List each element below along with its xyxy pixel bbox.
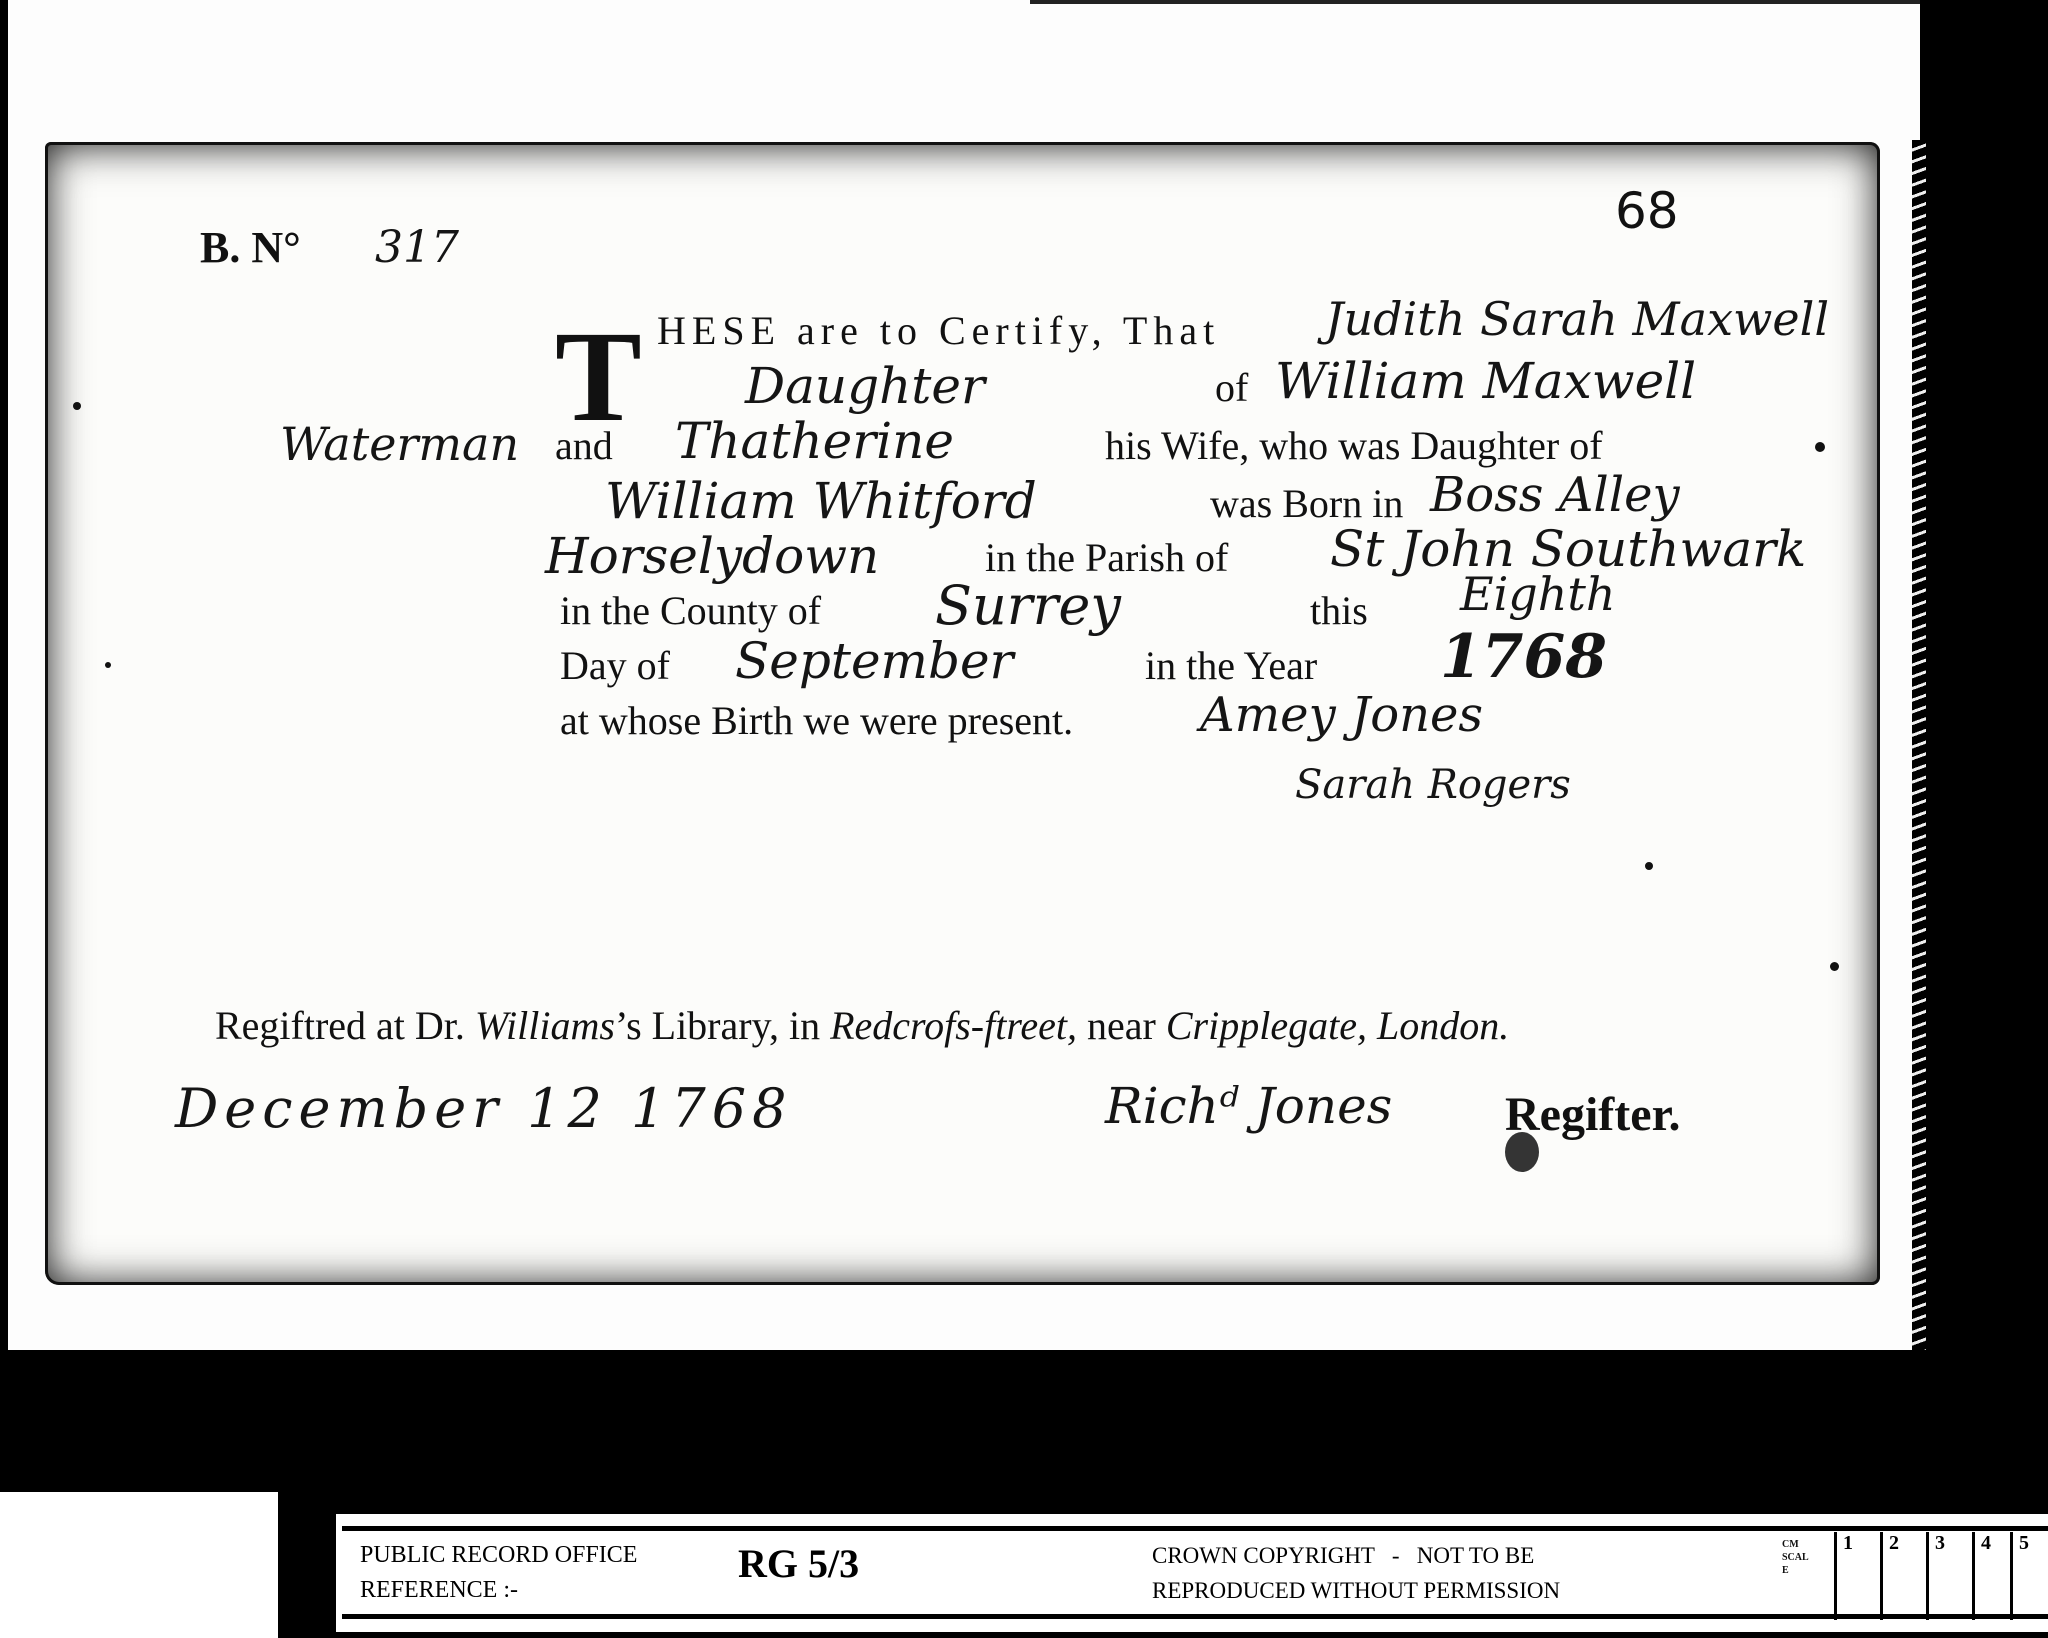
copyright-notice: CROWN COPYRIGHT - NOT TO BE REPRODUCED W… [1152,1538,1560,1608]
series-label: B. N° [200,222,301,273]
top-rule [342,1526,2048,1531]
reference-code: RG 5/3 [738,1540,859,1587]
reference-strip: PUBLIC RECORD OFFICE REFERENCE :- RG 5/3… [336,1514,2048,1632]
scale-mark-2: 2 [1880,1532,1927,1620]
birth-day: Eighth [1460,567,1615,621]
mother-name: Thatherine [675,412,954,470]
ink-speck [105,662,111,668]
scale-mark-3: 3 [1926,1532,1973,1620]
volume-binding-edge [1912,140,1926,1350]
folio-number: 68 [1615,182,1679,240]
registration-prefix: Regiftred at Dr. [215,1003,465,1048]
office-line-2: REFERENCE :- [360,1573,637,1608]
line3-print-and: and [555,422,613,469]
area-name: Cripplegate, [1166,1003,1367,1048]
scale-mark-4: 4 [1972,1532,2011,1620]
father-occupation: Waterman [280,417,519,471]
library-name: Williams [475,1003,615,1048]
line2-print: of [1215,364,1248,411]
line6-print: in the County of [560,587,821,634]
ink-speck [1830,962,1839,971]
birth-month: September [735,632,1013,690]
ink-speck [73,402,81,410]
office-line-1: PUBLIC RECORD OFFICE [360,1538,637,1573]
bottom-rule [342,1614,2048,1619]
child-name: Judith Sarah Maxwell [1325,292,1829,346]
line7-print: Day of [560,642,670,689]
registered-date: December 12 1768 [175,1077,792,1140]
line7-print-year: in the Year [1145,642,1317,689]
blank-label-area [0,1492,278,1638]
birth-year: 1768 [1440,622,1607,692]
birth-place: Boss Alley [1430,467,1680,523]
father-name: William Maxwell [1275,352,1696,410]
maternal-grandfather: William Whitford [605,472,1037,530]
registrar-signature: Richᵈ Jones [1105,1077,1392,1135]
scale-mark-5: 5 [2010,1532,2048,1620]
scale-mark-1: 1 [1834,1532,1881,1620]
line1-print: HESE are to Certify, That [657,307,1220,354]
birth-district: Horselydown [545,527,879,585]
witness-2: Sarah Rogers [1295,762,1571,808]
line3-print: his Wife, who was Daughter of [1105,422,1603,469]
library-suffix: ’s Library, in [615,1003,820,1048]
relation: Daughter [745,357,985,415]
line6-print-this: this [1310,587,1368,634]
entry-number: 317 [375,222,459,273]
witness-1: Amey Jones [1200,687,1483,743]
copyright-line-2: REPRODUCED WITHOUT PERMISSION [1152,1573,1560,1608]
county-name: Surrey [935,574,1121,637]
registrar-title: Regifter. [1505,1087,1680,1142]
city-name: London. [1377,1003,1509,1048]
registration-line: Regiftred at Dr. Williams’s Library, in … [215,1002,1509,1049]
ink-speck [1645,862,1653,870]
line8-print: at whose Birth we were present. [560,697,1073,744]
near-word: near [1087,1003,1156,1048]
page-top-edge [1030,0,1920,4]
cm-scale-label: CM SCAL E [1782,1538,1806,1577]
office-label: PUBLIC RECORD OFFICE REFERENCE :- [360,1538,637,1608]
ink-speck [1815,442,1825,452]
copyright-line-1: CROWN COPYRIGHT - NOT TO BE [1152,1538,1560,1573]
street-name: Redcrofs-ftreet, [830,1003,1077,1048]
birth-certificate: B. N° 317 68 T HESE are to Certify, That… [45,142,1880,1285]
